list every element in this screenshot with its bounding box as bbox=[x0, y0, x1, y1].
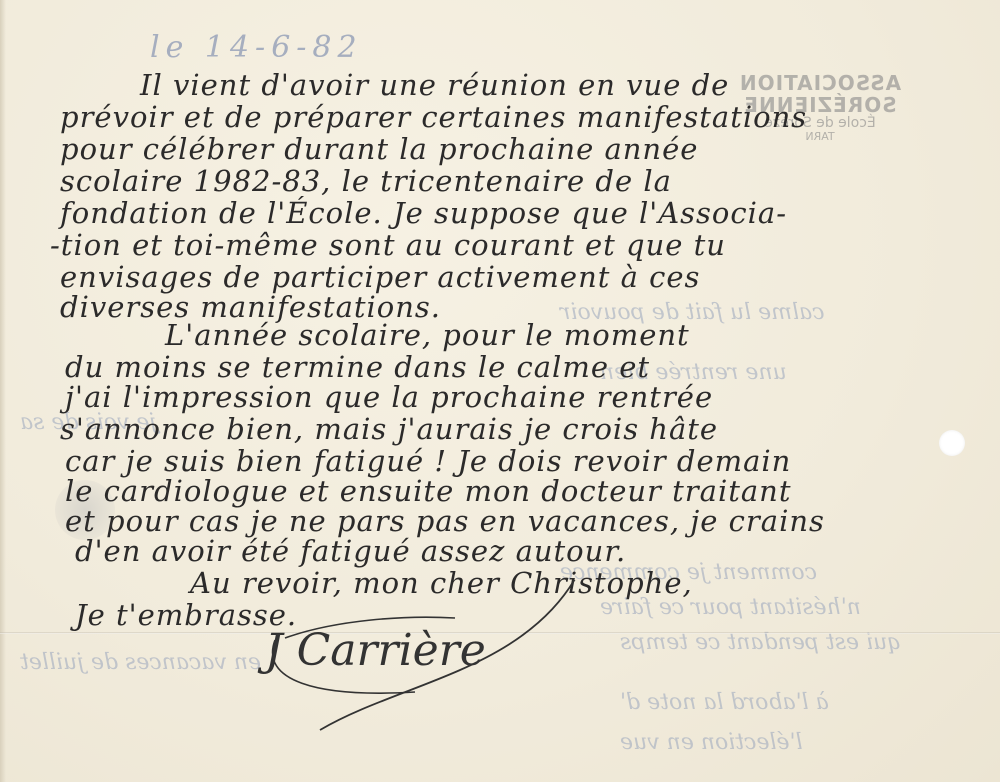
bleed-through-text: l'élection en vue bbox=[620, 730, 803, 755]
body-line: prévoir et de préparer certaines manifes… bbox=[60, 100, 807, 134]
body-line: scolaire 1982-83, le tricentenaire de la bbox=[60, 164, 672, 198]
body-line: envisages de participer activement à ces bbox=[60, 260, 700, 294]
body-line: car je suis bien fatigué ! Je dois revoi… bbox=[65, 444, 791, 478]
body-line: pour célébrer durant la prochaine année bbox=[60, 132, 698, 166]
body-line: fondation de l'École. Je suppose que l'A… bbox=[60, 196, 787, 230]
bleed-through-text: en vacances de juillet bbox=[20, 650, 261, 675]
body-line: Il vient d'avoir une réunion en vue de bbox=[140, 68, 729, 102]
signature: J Carrière bbox=[265, 625, 486, 676]
body-line: du moins se termine dans le calme et bbox=[65, 350, 650, 384]
body-line: d'en avoir été fatigué assez autour. bbox=[75, 534, 626, 568]
punch-hole bbox=[939, 430, 965, 456]
paper-edge bbox=[0, 0, 6, 782]
body-line: et pour cas je ne pars pas en vacances, … bbox=[65, 504, 825, 538]
body-line: L'année scolaire, pour le moment bbox=[165, 318, 690, 352]
body-line: le cardiologue et ensuite mon docteur tr… bbox=[65, 474, 792, 508]
body-line: s'annonce bien, mais j'aurais je crois h… bbox=[60, 412, 718, 446]
letter-date: le 14-6-82 bbox=[150, 30, 363, 65]
body-line: -tion et toi-même sont au courant et que… bbox=[50, 228, 726, 262]
body-line: j'ai l'impression que la prochaine rentr… bbox=[65, 380, 713, 414]
bleed-through-text: à l'abord la note d' bbox=[620, 690, 829, 715]
